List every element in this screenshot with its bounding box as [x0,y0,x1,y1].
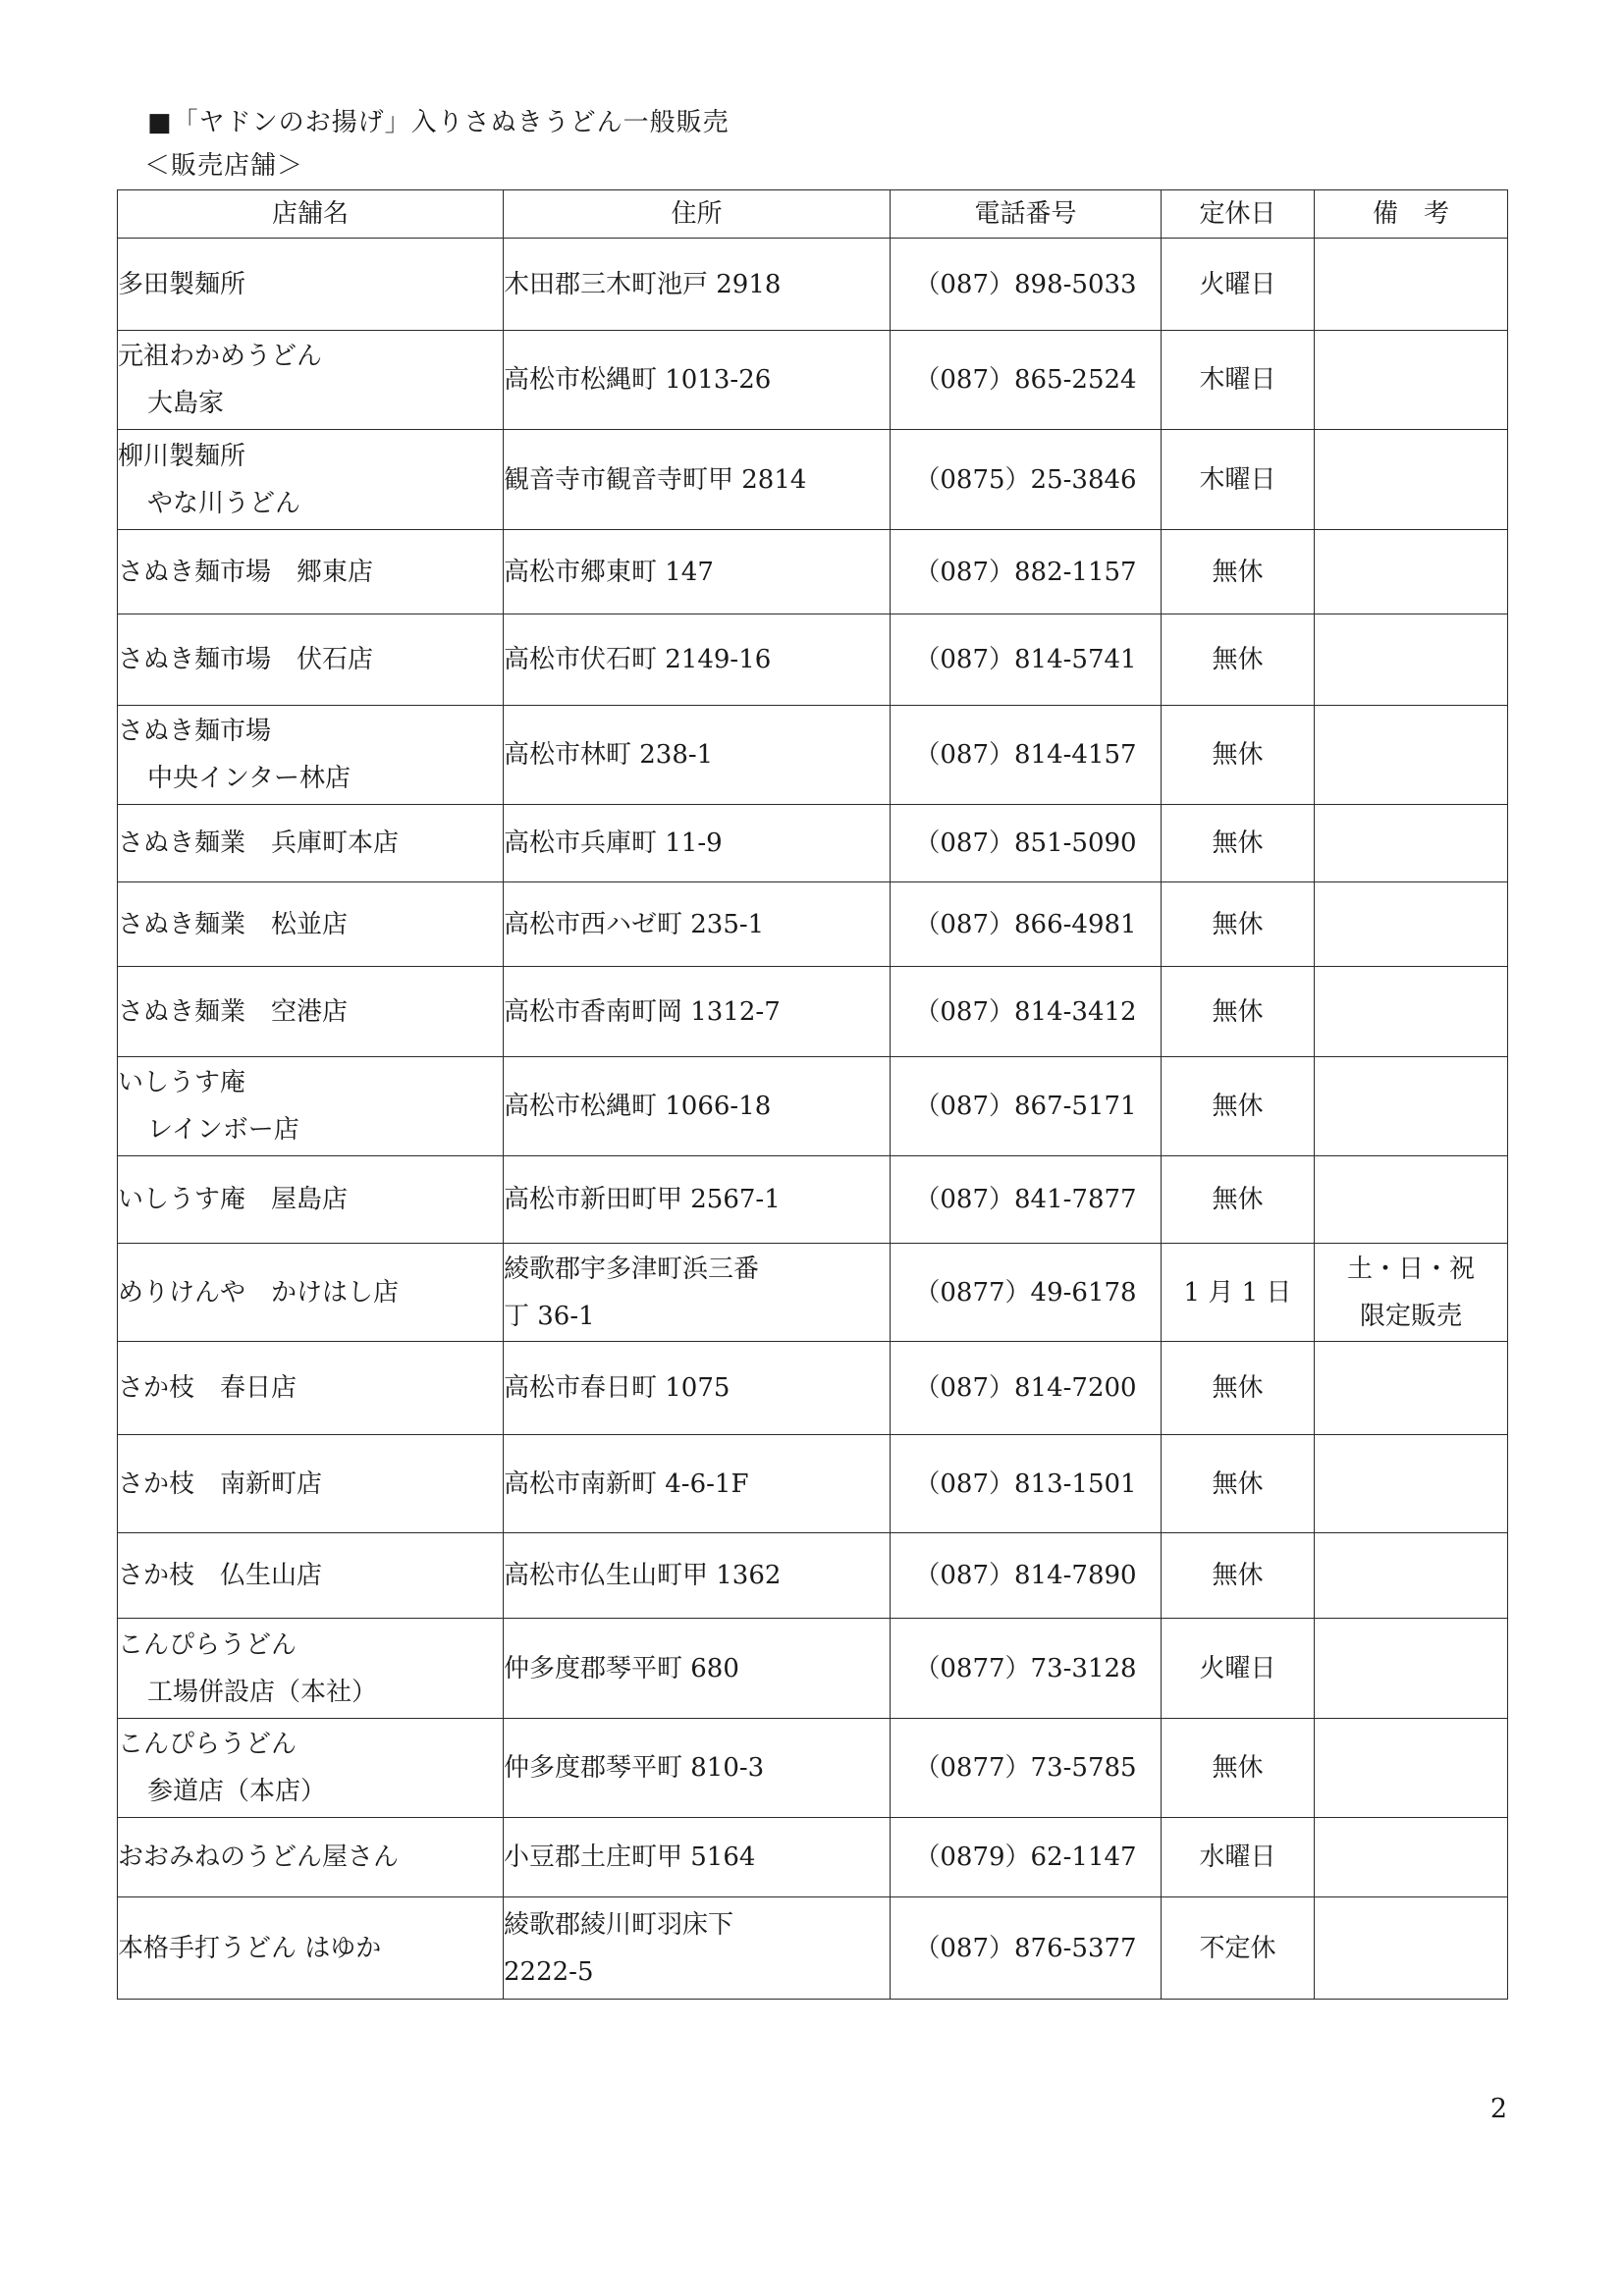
address-line: 高松市西ハゼ町 235-1 [504,901,890,948]
table-row: さぬき麺市場 伏石店高松市伏石町 2149-16（087）814-5741無休 [118,614,1508,706]
address-line: 観音寺市観音寺町甲 2814 [504,456,890,504]
phone-cell: （087）876-5377 [891,1897,1162,2000]
table-row: さぬき麺市場 郷東店高松市郷東町 147（087）882-1157無休 [118,530,1508,614]
address-line: 高松市松縄町 1066-18 [504,1083,890,1130]
holiday-cell: 木曜日 [1162,430,1315,530]
note-cell [1315,614,1508,706]
address-line: 丁 36-1 [504,1293,890,1340]
note-cell [1315,239,1508,331]
address-cell: 高松市西ハゼ町 235-1 [504,882,891,967]
store-name-cell: さぬき麺市場 郷東店 [118,530,504,614]
note-cell [1315,882,1508,967]
phone-cell: （087）814-5741 [891,614,1162,706]
address-line: 高松市伏石町 2149-16 [504,636,890,683]
note-cell [1315,1619,1508,1719]
store-name: さか枝 春日店 [118,1364,503,1412]
holiday-cell: 無休 [1162,1057,1315,1156]
column-header-note: 備 考 [1315,190,1508,239]
note-cell [1315,1533,1508,1619]
store-name: さぬき麺業 松並店 [118,901,503,948]
store-branch: 工場併設店（本社） [118,1669,503,1716]
address-line: 綾歌郡宇多津町浜三番 [504,1246,890,1293]
phone-cell: （087）814-3412 [891,967,1162,1057]
address-cell: 高松市新田町甲 2567-1 [504,1156,891,1244]
store-name-cell: 本格手打うどん はゆか [118,1897,504,2000]
store-branch: 中央インター林店 [118,755,503,802]
holiday-cell: 無休 [1162,1156,1315,1244]
phone-cell: （087）882-1157 [891,530,1162,614]
address-cell: 仲多度郡琴平町 680 [504,1619,891,1719]
store-name: こんぴらうどん [118,1622,503,1669]
store-branch: レインボー店 [118,1106,503,1153]
table-row: 本格手打うどん はゆか綾歌郡綾川町羽床下2222-5（087）876-5377不… [118,1897,1508,2000]
table-row: 柳川製麺所やな川うどん観音寺市観音寺町甲 2814（0875）25-3846木曜… [118,430,1508,530]
store-name: 柳川製麺所 [118,433,503,480]
address-line: 木田郡三木町池戸 2918 [504,261,890,308]
note-line: 限定販売 [1315,1293,1507,1340]
holiday-cell: 1 月 1 日 [1162,1244,1315,1342]
store-name-cell: さぬき麺業 空港店 [118,967,504,1057]
address-line: 高松市春日町 1075 [504,1364,890,1412]
phone-cell: （087）851-5090 [891,805,1162,882]
store-name-cell: さぬき麺市場 伏石店 [118,614,504,706]
store-name-cell: さぬき麺業 兵庫町本店 [118,805,504,882]
address-cell: 高松市香南町岡 1312-7 [504,967,891,1057]
store-name: 元祖わかめうどん [118,333,503,380]
address-cell: 観音寺市観音寺町甲 2814 [504,430,891,530]
note-cell [1315,1818,1508,1897]
store-branch: 参道店（本店） [118,1768,503,1815]
store-name-cell: めりけんや かけはし店 [118,1244,504,1342]
phone-cell: （087）814-7200 [891,1342,1162,1435]
address-line: 高松市仏生山町甲 1362 [504,1552,890,1599]
page-number: 2 [1473,2093,1507,2126]
store-name-cell: こんぴらうどん参道店（本店） [118,1719,504,1818]
address-cell: 高松市郷東町 147 [504,530,891,614]
address-cell: 高松市松縄町 1066-18 [504,1057,891,1156]
address-line: 高松市郷東町 147 [504,549,890,596]
store-name: さぬき麺市場 郷東店 [118,549,503,596]
note-cell: 土・日・祝限定販売 [1315,1244,1508,1342]
address-cell: 高松市伏石町 2149-16 [504,614,891,706]
store-name-cell: こんぴらうどん工場併設店（本社） [118,1619,504,1719]
phone-cell: （087）841-7877 [891,1156,1162,1244]
table-row: さぬき麺業 松並店高松市西ハゼ町 235-1（087）866-4981無休 [118,882,1508,967]
holiday-cell: 火曜日 [1162,1619,1315,1719]
store-name: さぬき麺市場 [118,708,503,755]
store-name: 本格手打うどん はゆか [118,1925,503,1972]
store-name: こんぴらうどん [118,1721,503,1768]
table-row: さぬき麺業 兵庫町本店高松市兵庫町 11-9（087）851-5090無休 [118,805,1508,882]
table-row: さか枝 春日店高松市春日町 1075（087）814-7200無休 [118,1342,1508,1435]
table-row: さか枝 南新町店高松市南新町 4-6-1F（087）813-1501無休 [118,1435,1508,1533]
store-name: おおみねのうどん屋さん [118,1834,503,1881]
store-name-cell: 多田製麺所 [118,239,504,331]
holiday-cell: 無休 [1162,882,1315,967]
store-name: さか枝 南新町店 [118,1461,503,1508]
store-name-cell: さか枝 仏生山店 [118,1533,504,1619]
store-name: さか枝 仏生山店 [118,1552,503,1599]
holiday-cell: 無休 [1162,530,1315,614]
store-branch: やな川うどん [118,480,503,527]
address-cell: 木田郡三木町池戸 2918 [504,239,891,331]
note-cell [1315,1342,1508,1435]
table-row: 元祖わかめうどん大島家高松市松縄町 1013-26（087）865-2524木曜… [118,331,1508,430]
note-cell [1315,1057,1508,1156]
holiday-cell: 無休 [1162,1533,1315,1619]
table-header-row: 店舗名 住所 電話番号 定休日 備 考 [118,190,1508,239]
store-name: 多田製麺所 [118,261,503,308]
note-cell [1315,1435,1508,1533]
phone-cell: （0877）73-5785 [891,1719,1162,1818]
holiday-cell: 無休 [1162,967,1315,1057]
column-header-holiday: 定休日 [1162,190,1315,239]
phone-cell: （0877）49-6178 [891,1244,1162,1342]
phone-cell: （087）865-2524 [891,331,1162,430]
store-name-cell: さぬき麺業 松並店 [118,882,504,967]
address-cell: 高松市南新町 4-6-1F [504,1435,891,1533]
store-name-cell: いしうす庵レインボー店 [118,1057,504,1156]
store-name-cell: 元祖わかめうどん大島家 [118,331,504,430]
address-cell: 高松市仏生山町甲 1362 [504,1533,891,1619]
phone-cell: （0877）73-3128 [891,1619,1162,1719]
store-name: さぬき麺市場 伏石店 [118,636,503,683]
phone-cell: （087）898-5033 [891,239,1162,331]
store-branch: 大島家 [118,380,503,427]
note-cell [1315,706,1508,805]
note-cell [1315,805,1508,882]
note-cell [1315,331,1508,430]
holiday-cell: 無休 [1162,1342,1315,1435]
address-cell: 高松市春日町 1075 [504,1342,891,1435]
holiday-cell: 無休 [1162,1719,1315,1818]
holiday-cell: 不定休 [1162,1897,1315,2000]
table-row: さか枝 仏生山店高松市仏生山町甲 1362（087）814-7890無休 [118,1533,1508,1619]
section-subtitle: ＜販売店舗＞ [144,149,303,183]
phone-cell: （087）814-7890 [891,1533,1162,1619]
holiday-cell: 無休 [1162,805,1315,882]
holiday-cell: 水曜日 [1162,1818,1315,1897]
table-row: いしうす庵 屋島店高松市新田町甲 2567-1（087）841-7877無休 [118,1156,1508,1244]
store-name-cell: さか枝 春日店 [118,1342,504,1435]
address-line: 高松市香南町岡 1312-7 [504,988,890,1036]
address-cell: 綾歌郡宇多津町浜三番丁 36-1 [504,1244,891,1342]
column-header-address: 住所 [504,190,891,239]
address-cell: 高松市兵庫町 11-9 [504,805,891,882]
table-row: 多田製麺所木田郡三木町池戸 2918（087）898-5033火曜日 [118,239,1508,331]
phone-cell: （0875）25-3846 [891,430,1162,530]
column-header-name: 店舗名 [118,190,504,239]
address-line: 2222-5 [504,1949,890,1996]
address-line: 小豆郡土庄町甲 5164 [504,1834,890,1881]
store-name: さぬき麺業 空港店 [118,988,503,1036]
address-line: 仲多度郡琴平町 810-3 [504,1744,890,1791]
address-line: 仲多度郡琴平町 680 [504,1645,890,1692]
store-name-cell: いしうす庵 屋島店 [118,1156,504,1244]
store-name-cell: 柳川製麺所やな川うどん [118,430,504,530]
holiday-cell: 無休 [1162,706,1315,805]
note-cell [1315,1897,1508,2000]
table-row: めりけんや かけはし店綾歌郡宇多津町浜三番丁 36-1（0877）49-6178… [118,1244,1508,1342]
phone-cell: （087）866-4981 [891,882,1162,967]
phone-cell: （087）814-4157 [891,706,1162,805]
note-cell [1315,967,1508,1057]
table-row: こんぴらうどん工場併設店（本社）仲多度郡琴平町 680（0877）73-3128… [118,1619,1508,1719]
store-name: いしうす庵 屋島店 [118,1176,503,1223]
address-cell: 小豆郡土庄町甲 5164 [504,1818,891,1897]
phone-cell: （087）867-5171 [891,1057,1162,1156]
holiday-cell: 火曜日 [1162,239,1315,331]
table-row: おおみねのうどん屋さん小豆郡土庄町甲 5164（0879）62-1147水曜日 [118,1818,1508,1897]
table-row: さぬき麺業 空港店高松市香南町岡 1312-7（087）814-3412無休 [118,967,1508,1057]
note-cell [1315,530,1508,614]
holiday-cell: 無休 [1162,1435,1315,1533]
table-row: こんぴらうどん参道店（本店）仲多度郡琴平町 810-3（0877）73-5785… [118,1719,1508,1818]
note-cell [1315,1156,1508,1244]
address-line: 高松市南新町 4-6-1F [504,1461,890,1508]
store-table: 店舗名 住所 電話番号 定休日 備 考 多田製麺所木田郡三木町池戸 2918（0… [117,189,1508,2000]
store-name: めりけんや かけはし店 [118,1269,503,1316]
store-name: いしうす庵 [118,1059,503,1106]
address-line: 高松市松縄町 1013-26 [504,356,890,403]
address-line: 綾歌郡綾川町羽床下 [504,1901,890,1949]
holiday-cell: 木曜日 [1162,331,1315,430]
address-cell: 綾歌郡綾川町羽床下2222-5 [504,1897,891,2000]
address-line: 高松市新田町甲 2567-1 [504,1176,890,1223]
phone-cell: （087）813-1501 [891,1435,1162,1533]
store-name-cell: おおみねのうどん屋さん [118,1818,504,1897]
store-name-cell: さか枝 南新町店 [118,1435,504,1533]
table-row: いしうす庵レインボー店高松市松縄町 1066-18（087）867-5171無休 [118,1057,1508,1156]
table-row: さぬき麺市場中央インター林店高松市林町 238-1（087）814-4157無休 [118,706,1508,805]
store-name: さぬき麺業 兵庫町本店 [118,820,503,867]
address-cell: 高松市林町 238-1 [504,706,891,805]
note-cell [1315,1719,1508,1818]
note-cell [1315,430,1508,530]
column-header-phone: 電話番号 [891,190,1162,239]
address-line: 高松市林町 238-1 [504,731,890,778]
store-name-cell: さぬき麺市場中央インター林店 [118,706,504,805]
address-cell: 高松市松縄町 1013-26 [504,331,891,430]
document-title: ■「ヤドンのお揚げ」入りさぬきうどん一般販売 [147,106,730,139]
address-cell: 仲多度郡琴平町 810-3 [504,1719,891,1818]
holiday-cell: 無休 [1162,614,1315,706]
address-line: 高松市兵庫町 11-9 [504,820,890,867]
note-line: 土・日・祝 [1315,1246,1507,1293]
phone-cell: （0879）62-1147 [891,1818,1162,1897]
